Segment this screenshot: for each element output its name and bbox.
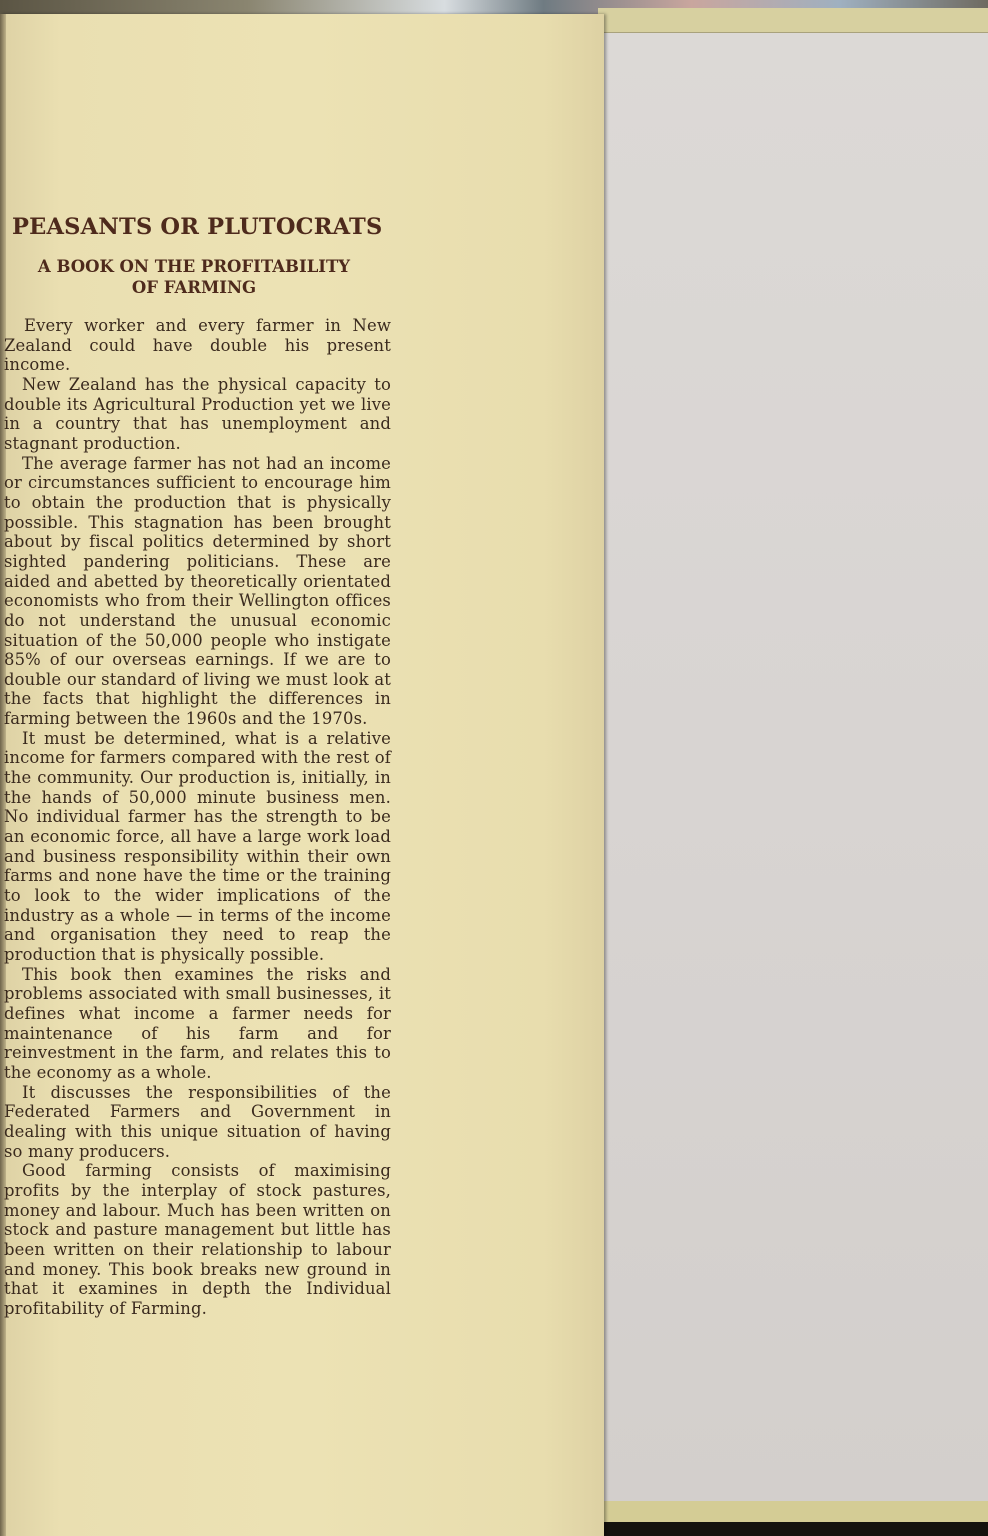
- table-shadow: [598, 1522, 988, 1536]
- blurb-paragraph: Good farming consists of maximising prof…: [4, 1161, 391, 1318]
- endpaper-page: [604, 33, 988, 1501]
- board-bottom-edge: [598, 1499, 988, 1522]
- blurb-paragraph: It must be determined, what is a relativ…: [4, 729, 391, 965]
- board-top-edge: [598, 8, 988, 33]
- book-subtitle: A BOOK ON THE PROFITABILITY OF FARMING: [14, 256, 374, 298]
- subtitle-line-2: OF FARMING: [14, 277, 374, 298]
- book-title: PEASANTS OR PLUTOCRATS: [12, 214, 382, 240]
- blurb-paragraph: It discusses the responsibilities of the…: [4, 1083, 391, 1162]
- subtitle-line-1: A BOOK ON THE PROFITABILITY: [14, 256, 374, 277]
- blurb-text: Every worker and every farmer in New Zea…: [4, 316, 391, 1318]
- blurb-paragraph: This book then examines the risks and pr…: [4, 965, 391, 1083]
- blurb-paragraph: New Zealand has the physical capacity to…: [4, 375, 391, 454]
- blurb-paragraph: Every worker and every farmer in New Zea…: [4, 316, 391, 375]
- blurb-paragraph: The average farmer has not had an income…: [4, 454, 391, 729]
